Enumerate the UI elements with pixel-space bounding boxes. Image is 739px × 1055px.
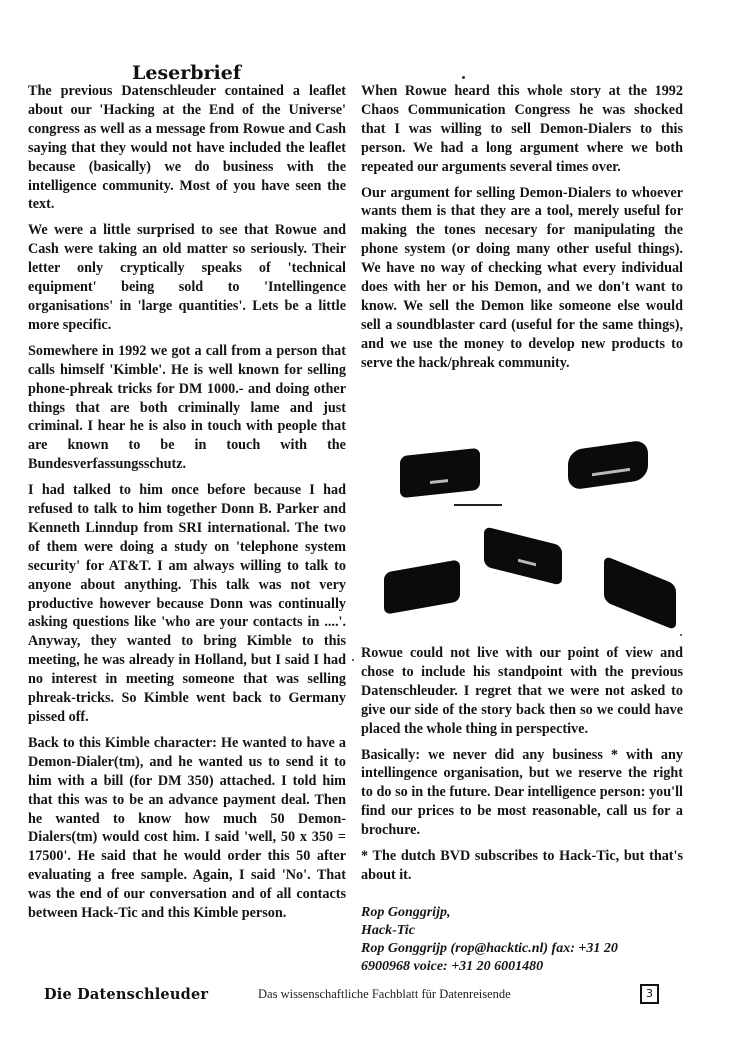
signature-org: Hack-Tic bbox=[361, 922, 691, 940]
device-image bbox=[604, 555, 676, 630]
paragraph: Rowue could not live with our point of v… bbox=[361, 644, 683, 739]
signature-name: Rop Gonggrijp, bbox=[361, 904, 691, 922]
paragraph: Our argument for selling Demon-Dialers t… bbox=[361, 184, 683, 373]
right-column-lower: Rowue could not live with our point of v… bbox=[361, 644, 683, 892]
device-image bbox=[568, 439, 648, 490]
paragraph: Back to this Kimble character: He wanted… bbox=[28, 734, 346, 923]
scan-speck bbox=[462, 76, 465, 79]
signature-block: Rop Gonggrijp, Hack-Tic Rop Gonggrijp (r… bbox=[361, 904, 691, 976]
paragraph: Somewhere in 1992 we got a call from a p… bbox=[28, 342, 346, 474]
paragraph: We were a little surprised to see that R… bbox=[28, 221, 346, 334]
masthead-logo: Die Datenschleuder bbox=[44, 986, 208, 1003]
scan-speck bbox=[680, 634, 682, 636]
article-title: Leserbrief bbox=[132, 62, 252, 84]
paragraph: When Rowue heard this whole story at the… bbox=[361, 82, 683, 177]
cable-line bbox=[454, 504, 502, 506]
footer-tagline: Das wissenschaftliche Fachblatt für Date… bbox=[258, 987, 511, 1002]
device-image bbox=[400, 448, 480, 498]
right-column-upper: When Rowue heard this whole story at the… bbox=[361, 82, 683, 380]
page-number: 3 bbox=[640, 984, 659, 1004]
device-image bbox=[384, 559, 460, 614]
left-column: The previous Datenschleuder contained a … bbox=[28, 82, 346, 930]
device-image bbox=[484, 526, 562, 585]
demon-dialer-photo bbox=[372, 440, 702, 630]
signature-contact: 6900968 voice: +31 20 6001480 bbox=[361, 958, 691, 976]
paragraph: I had talked to him once before because … bbox=[28, 481, 346, 727]
paragraph: Basically: we never did any business * w… bbox=[361, 746, 683, 841]
paragraph: The previous Datenschleuder contained a … bbox=[28, 82, 346, 214]
signature-contact: Rop Gonggrijp (rop@hacktic.nl) fax: +31 … bbox=[361, 940, 691, 958]
footnote: * The dutch BVD subscribes to Hack-Tic, … bbox=[361, 847, 683, 885]
scan-speck bbox=[352, 659, 354, 661]
magazine-page: Leserbrief The previous Datenschleuder c… bbox=[0, 0, 739, 1055]
